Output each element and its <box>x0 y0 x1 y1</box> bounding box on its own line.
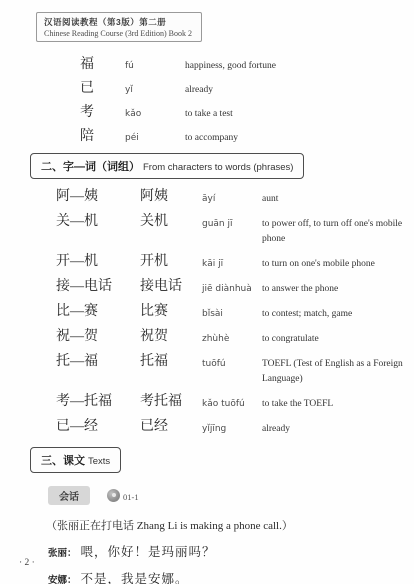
word: 比赛 <box>140 304 202 322</box>
vocab-meaning: to accompany <box>185 129 238 146</box>
word-row: 关—机 关机 guān jī to power off, to turn off… <box>56 214 406 247</box>
word-row: 已—经 已经 yǐjīng already <box>56 419 406 437</box>
vocab-character: 福 <box>80 57 125 74</box>
dialog-text: 喂，你好！是玛丽吗？ <box>81 542 216 560</box>
word-split: 比—赛 <box>56 304 140 322</box>
word-meaning: aunt <box>262 189 404 207</box>
vocab-meaning: to take a test <box>185 105 233 122</box>
word-row: 接—电话 接电话 jiē diànhuà to answer the phone <box>56 279 406 297</box>
word: 阿姨 <box>140 189 202 207</box>
word-row: 比—赛 比赛 bǐsài to contest; match, game <box>56 304 406 322</box>
vocab-character: 陪 <box>80 129 125 146</box>
vocab-character: 考 <box>80 105 125 122</box>
vocab-pinyin: fú <box>125 57 185 74</box>
section2-title-chinese: 二、字—词（词组） <box>41 161 140 173</box>
dialog-label-badge: 会话 <box>48 486 90 505</box>
word-row: 考—托福 考托福 kǎo tuōfú to take the TOEFL <box>56 394 406 412</box>
word-pinyin: jiē diànhuà <box>202 279 262 297</box>
word-split: 接—电话 <box>56 279 140 297</box>
word: 托福 <box>140 354 202 387</box>
vocab-row: 陪 péi to accompany <box>80 129 406 146</box>
word-pinyin: guān jī <box>202 214 262 247</box>
word-meaning: TOEFL (Test of English as a Foreign Lang… <box>262 354 404 387</box>
section2-title-english: From characters to words (phrases) <box>143 162 293 173</box>
word: 接电话 <box>140 279 202 297</box>
dialog-line: 安娜： 不是，我是安娜。 <box>48 569 406 584</box>
vocab-row: 考 kǎo to take a test <box>80 105 406 122</box>
word-split: 关—机 <box>56 214 140 247</box>
word-meaning: to contest; match, game <box>262 304 404 322</box>
word-split: 阿—姨 <box>56 189 140 207</box>
speaker-name: 安娜： <box>48 572 77 584</box>
page-number: · 2 · <box>19 558 35 568</box>
word-split: 已—经 <box>56 419 140 437</box>
book-title-english: Chinese Reading Course (3rd Edition) Boo… <box>44 29 192 38</box>
word-meaning: already <box>262 419 404 437</box>
word-row: 祝—贺 祝贺 zhùhè to congratulate <box>56 329 406 347</box>
section3-title-english: Texts <box>88 456 110 467</box>
vocab-pinyin: kǎo <box>125 105 185 122</box>
audio-disc-icon <box>107 489 120 502</box>
vocab-pinyin: yǐ <box>125 81 185 98</box>
word-pinyin: tuōfú <box>202 354 262 387</box>
word-meaning: to answer the phone <box>262 279 404 297</box>
vocab-meaning: already <box>185 81 213 98</box>
word-pinyin: zhùhè <box>202 329 262 347</box>
word-pinyin: kāi jī <box>202 254 262 272</box>
word-split: 祝—贺 <box>56 329 140 347</box>
word-pinyin: kǎo tuōfú <box>202 394 262 412</box>
word: 祝贺 <box>140 329 202 347</box>
section2-header: 二、字—词（词组）From characters to words (phras… <box>30 153 304 179</box>
word-meaning: to power off, to turn off one's mobile p… <box>262 214 404 247</box>
dialog-line: 张丽： 喂，你好！是玛丽吗？ <box>48 542 406 560</box>
audio-track-number: 01-1 <box>123 488 139 502</box>
word-meaning: to turn on one's mobile phone <box>262 254 404 272</box>
word-pinyin: bǐsài <box>202 304 262 322</box>
dialog-text: 不是，我是安娜。 <box>81 569 189 584</box>
vocab-character: 已 <box>80 81 125 98</box>
book-title-chinese: 汉语阅读教程（第3版）第二册 <box>44 16 192 28</box>
word-row: 阿—姨 阿姨 āyí aunt <box>56 189 406 207</box>
word-pinyin: yǐjīng <box>202 419 262 437</box>
word: 开机 <box>140 254 202 272</box>
word-split: 托—福 <box>56 354 140 387</box>
vocab-meaning: happiness, good fortune <box>185 57 276 74</box>
word: 已经 <box>140 419 202 437</box>
word-split: 考—托福 <box>56 394 140 412</box>
vocab-row: 福 fú happiness, good fortune <box>80 57 406 74</box>
section3-title-chinese: 三、课文 <box>41 455 85 467</box>
word: 关机 <box>140 214 202 247</box>
word-row: 托—福 托福 tuōfú TOEFL (Test of English as a… <box>56 354 406 387</box>
word-split: 开—机 <box>56 254 140 272</box>
section3-header: 三、课文Texts <box>30 447 121 473</box>
stage-direction: （张丽正在打电话 Zhang Li is making a phone call… <box>46 517 406 533</box>
textbook-page: 汉语阅读教程（第3版）第二册 Chinese Reading Course (3… <box>0 0 414 584</box>
word-row: 开—机 开机 kāi jī to turn on one's mobile ph… <box>56 254 406 272</box>
dialog-header: 会话 01-1 <box>48 486 406 504</box>
book-header: 汉语阅读教程（第3版）第二册 Chinese Reading Course (3… <box>36 12 202 42</box>
word-meaning: to congratulate <box>262 329 404 347</box>
vocab-row: 已 yǐ already <box>80 81 406 98</box>
word-meaning: to take the TOEFL <box>262 394 404 412</box>
word-list: 阿—姨 阿姨 āyí aunt 关—机 关机 guān jī to power … <box>36 189 406 437</box>
word: 考托福 <box>140 394 202 412</box>
vocab-pinyin: péi <box>125 129 185 146</box>
word-pinyin: āyí <box>202 189 262 207</box>
vocab-list: 福 fú happiness, good fortune 已 yǐ alread… <box>36 57 406 146</box>
speaker-name: 张丽： <box>48 545 77 559</box>
